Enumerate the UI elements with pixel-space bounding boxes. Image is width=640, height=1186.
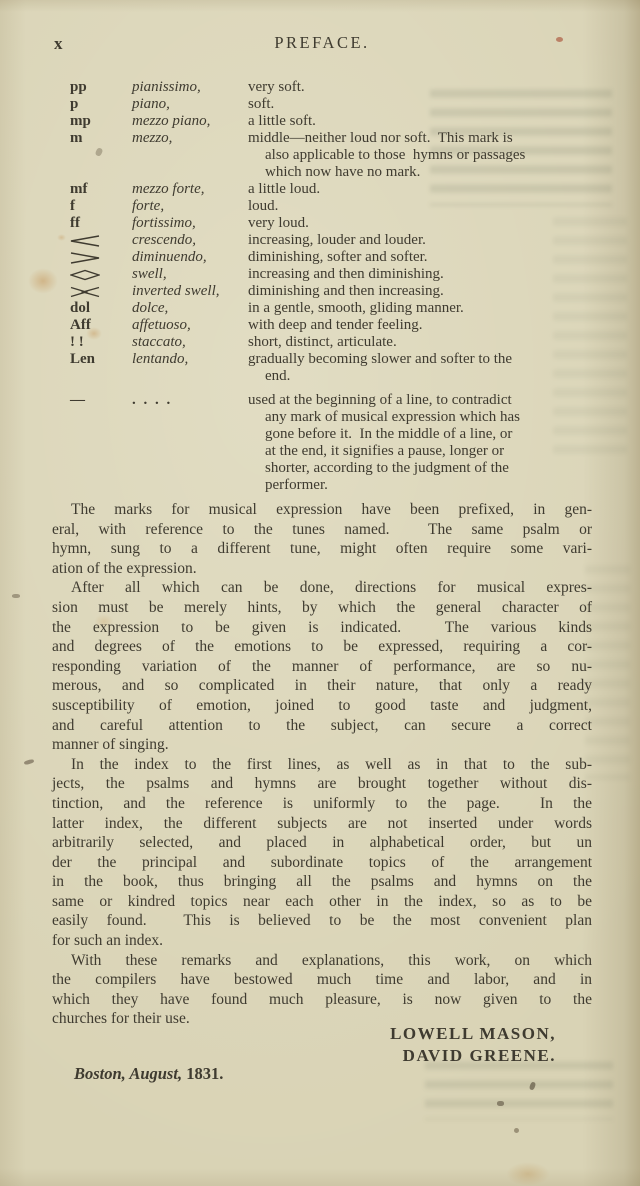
text-line: soft. [248,96,592,113]
text-line: increasing and then diminishing. [248,266,592,283]
dateline-year: 1831. [186,1064,223,1083]
text-line: tinction, and the reference is uniformly… [52,794,592,814]
mark-description: used at the beginning of a line, to cont… [248,392,592,494]
mark-abbr: mf [52,181,132,198]
ink-speck [529,1081,536,1090]
marks-table-row: Lenlentando,gradually becoming slower an… [52,351,592,385]
text-line: very soft. [248,79,592,96]
mark-term: lentando, [132,351,248,368]
signatures: LOWELL MASON,DAVID GREENE. [52,1023,556,1067]
text-line: sion must be merely hints, by which the … [52,598,592,618]
body-text: The marks for musical expression have be… [52,500,592,1029]
mark-description: middle—neither loud nor soft. This mark … [248,130,592,181]
body-paragraph: With these remarks and explanations, thi… [52,951,592,1029]
text-line: short, distinct, articulate. [248,334,592,351]
mark-abbr: p [52,96,132,113]
mark-term: inverted swell, [132,283,248,300]
foxing-spot [506,1162,550,1186]
mark-description: soft. [248,96,592,113]
mark-description: increasing and then diminishing. [248,266,592,283]
marks-table-row: diminuendo,diminishing, softer and softe… [52,249,592,266]
mark-description: gradually becoming slower and softer to … [248,351,592,385]
dateline: Boston, August, 1831. [74,1064,223,1084]
body-paragraph: After all which can be done, directions … [52,578,592,754]
marks-table-row: fforte,loud. [52,198,592,215]
mark-abbr: pp [52,79,132,96]
mark-term: forte, [132,198,248,215]
text-line: which now have no mark. [248,164,592,181]
text-line: With these remarks and explanations, thi… [52,951,592,971]
text-line: for such an index. [52,931,592,951]
mark-term: mezzo forte, [132,181,248,198]
text-line: gradually becoming slower and softer to … [248,351,592,368]
mark-term: dolce, [132,300,248,317]
text-line: loud. [248,198,592,215]
text-line: in a gentle, smooth, gliding manner. [248,300,592,317]
text-line: a little soft. [248,113,592,130]
mark-description: a little loud. [248,181,592,198]
mark-description: diminishing and then increasing. [248,283,592,300]
page-number: x [54,34,63,54]
text-line: arbitrarily selected, and placed in alph… [52,833,592,853]
marks-table-row: pppianissimo,very soft. [52,79,592,96]
marks-table-row: Affaffetuoso,with deep and tender feelin… [52,317,592,334]
ink-speck [12,594,20,598]
mark-description: a little soft. [248,113,592,130]
mark-abbr: ff [52,215,132,232]
text-line: performer. [248,477,592,494]
mark-description: in a gentle, smooth, gliding manner. [248,300,592,317]
mark-term: diminuendo, [132,249,248,266]
mark-term: staccato, [132,334,248,351]
marks-table: pppianissimo,very soft.ppiano,soft.mpmez… [52,79,592,494]
text-line: diminishing, softer and softer. [248,249,592,266]
text-line: ation of the expression. [52,559,592,579]
ink-speck [24,759,35,765]
mark-term: crescendo, [132,232,248,249]
text-line: and careful attention to the subject, ca… [52,716,592,736]
running-head: x PREFACE. [52,33,592,55]
marks-table-row: inverted swell,diminishing and then incr… [52,283,592,300]
mark-description: with deep and tender feeling. [248,317,592,334]
text-line: the compilers have bestowed much time an… [52,970,592,990]
text-line: at the end, it signifies a pause, longer… [248,443,592,460]
marks-table-row: fffortissimo,very loud. [52,215,592,232]
mark-abbr: m [52,130,132,147]
marks-table-row: doldolce,in a gentle, smooth, gliding ma… [52,300,592,317]
marks-table-row: ! !staccato,short, distinct, articulate. [52,334,592,351]
text-line: der the principal and subordinate topics… [52,853,592,873]
mark-term: pianissimo, [132,79,248,96]
text-line: which they have found much pleasure, is … [52,990,592,1010]
mark-description: loud. [248,198,592,215]
mark-abbr: mp [52,113,132,130]
diminuendo-hairpin-icon [52,249,132,264]
mark-description: very loud. [248,215,592,232]
mark-term: swell, [132,266,248,283]
text-line: a little loud. [248,181,592,198]
mark-term: mezzo, [132,130,248,147]
mark-abbr: Aff [52,317,132,334]
mark-term: fortissimo, [132,215,248,232]
text-line: jects, the psalms and hymns are brought … [52,774,592,794]
mark-term: . . . . [132,392,248,409]
mark-abbr: dol [52,300,132,317]
mark-term: mezzo piano, [132,113,248,130]
text-line: and degrees of the emotions to be expres… [52,637,592,657]
text-line: responding variation of the manner of pe… [52,657,592,677]
mark-abbr: Len [52,351,132,368]
inverted-swell-hairpin-icon [52,283,132,298]
text-line: the expression to be given is indicated.… [52,618,592,638]
mark-abbr: f [52,198,132,215]
text-line: The marks for musical expression have be… [52,500,592,520]
text-line: increasing, louder and louder. [248,232,592,249]
page-title: PREFACE. [52,33,592,53]
marks-table-row: ppiano,soft. [52,96,592,113]
text-line: very loud. [248,215,592,232]
text-line: manner of singing. [52,735,592,755]
mark-term: affetuoso, [132,317,248,334]
marks-table-row: crescendo,increasing, louder and louder. [52,232,592,249]
mark-description: diminishing, softer and softer. [248,249,592,266]
text-line: hymn, sung to a different tune, might of… [52,539,592,559]
text-line: merous, and so complicated in their natu… [52,676,592,696]
mark-description: short, distinct, articulate. [248,334,592,351]
text-line: After all which can be done, directions … [52,578,592,598]
mark-term: piano, [132,96,248,113]
swell-hairpin-icon [52,266,132,281]
marks-table-row: mpmezzo piano,a little soft. [52,113,592,130]
dateline-place: Boston, August, [74,1064,182,1083]
text-line: easily found. This is believed to be the… [52,911,592,931]
ink-speck [514,1128,519,1133]
text-line: in the book, thus bringing all the psalm… [52,872,592,892]
marks-table-row: mmezzo,middle—neither loud nor soft. Thi… [52,130,592,181]
text-line: any mark of musical expression which has [248,409,592,426]
mark-abbr: — [52,392,132,409]
text-line: eral, with reference to the tunes named.… [52,520,592,540]
text-line: gone before it. In the middle of a line,… [248,426,592,443]
text-line: shorter, according to the judgment of th… [248,460,592,477]
text-line: with deep and tender feeling. [248,317,592,334]
marks-table-row: mfmezzo forte,a little loud. [52,181,592,198]
marks-table-row: —. . . .used at the beginning of a line,… [52,392,592,494]
text-line: susceptibility of emotion, joined to goo… [52,696,592,716]
text-line: also applicable to those hymns or passag… [248,147,592,164]
text-line: diminishing and then increasing. [248,283,592,300]
body-paragraph: In the index to the first lines, as well… [52,755,592,951]
text-line: end. [248,368,592,385]
signature-name: LOWELL MASON, [52,1023,556,1045]
text-line: middle—neither loud nor soft. This mark … [248,130,592,147]
crescendo-hairpin-icon [52,232,132,247]
text-line: same or kindred topics near each other i… [52,892,592,912]
ink-speck [497,1101,504,1106]
text-line: In the index to the first lines, as well… [52,755,592,775]
marks-table-row: swell,increasing and then diminishing. [52,266,592,283]
mark-abbr: ! ! [52,334,132,351]
text-line: latter index, the different subjects are… [52,814,592,834]
mark-description: increasing, louder and louder. [248,232,592,249]
body-paragraph: The marks for musical expression have be… [52,500,592,578]
mark-description: very soft. [248,79,592,96]
text-line: used at the beginning of a line, to cont… [248,392,592,409]
book-page: x PREFACE. pppianissimo,very soft.ppiano… [0,0,640,1186]
